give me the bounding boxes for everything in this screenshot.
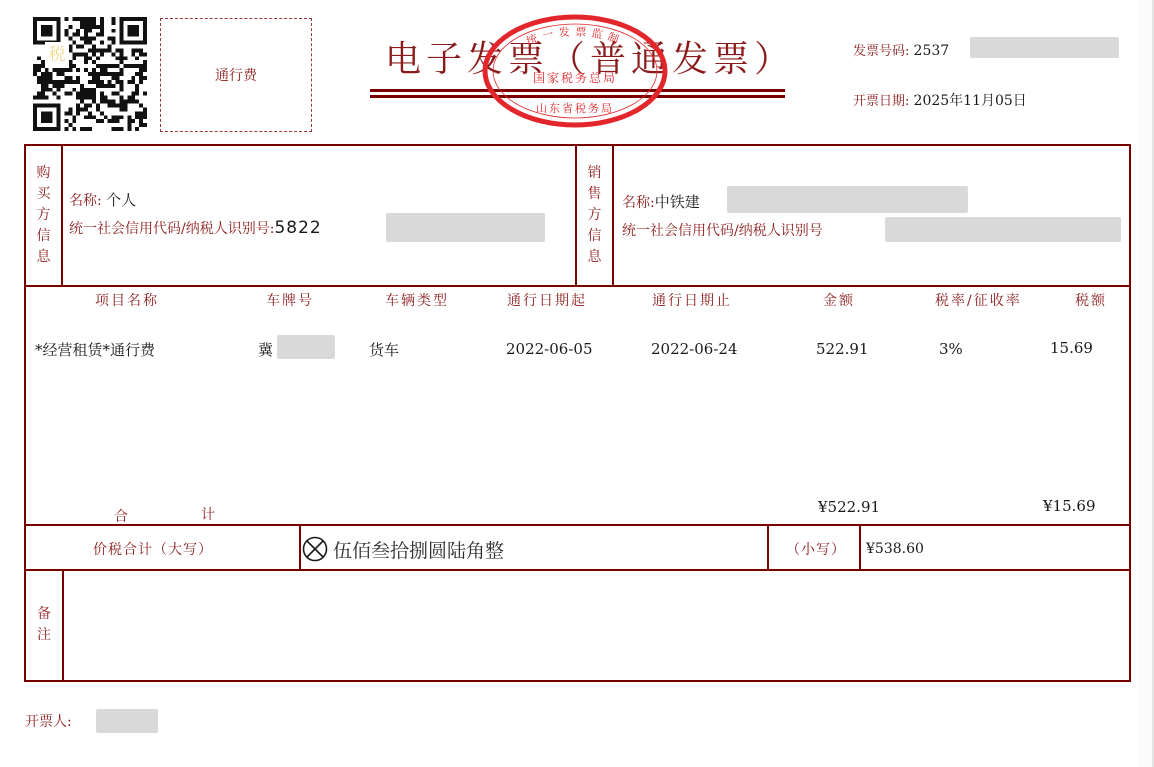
seller-name-label: 名称: [622,195,655,211]
grand-total-lowercase-value: ¥538.60 [866,541,924,557]
item-plate-redaction [277,335,335,359]
col-tax: 税额 [1075,290,1107,310]
col-item-name: 项目名称 [95,290,159,310]
item-date-from: 2022-06-05 [506,340,592,358]
buyer-name: 名称: 个人 [69,189,136,210]
issue-date-value: 2025年11月05日 [914,93,1027,109]
item-amount: 522.91 [816,340,869,358]
issue-date-label: 开票日期: [853,94,909,109]
items-total-divider [24,524,1131,526]
col-plate: 车牌号 [266,290,314,310]
remarks-label-divider [62,569,64,681]
total-col-divider-3 [859,524,861,570]
seller-tax-id-redaction [885,217,1121,242]
qr-center-mark: 税 [45,42,69,68]
buyer-tax-id-label: 统一社会信用代码/纳税人识别号: [69,221,274,237]
invoice-number-value: 2537 [914,43,950,59]
buyer-label-divider [61,144,63,286]
total-remarks-divider [24,569,1131,571]
issuer-label: 开票人: [25,711,72,731]
col-date-from: 通行日期起 [507,290,587,310]
grand-total-uppercase-label: 价税合计（大写） [93,539,213,559]
col-amount: 金额 [823,290,855,310]
col-vehicle-type: 车辆类型 [385,290,449,310]
frame-right [1129,144,1131,682]
buyer-section-label: 购 买 方 信 息 [26,163,61,268]
svg-text:国家税务总局: 国家税务总局 [533,70,617,85]
buyer-tax-id: 统一社会信用代码/纳税人识别号:5822 [69,218,322,238]
invoice-category-box: 通行费 [160,18,312,132]
col-date-to: 通行日期止 [652,290,732,310]
seller-name-value: 中铁建 [655,193,700,211]
circled-x-icon [302,536,328,562]
page-margin [1138,0,1152,767]
buyer-tax-id-redaction [386,213,545,242]
buyer-name-label: 名称: [69,193,102,209]
total-tax: ¥15.69 [1043,497,1096,515]
frame-bottom [24,680,1131,682]
total-col-divider-1 [299,524,301,570]
invoice-number-redaction [970,37,1119,58]
svg-text:山东省税务局: 山东省税务局 [536,101,614,115]
buyer-name-value: 个人 [106,191,136,209]
item-date-to: 2022-06-24 [651,340,737,358]
invoice-category-label: 通行费 [215,65,257,85]
item-tax: 15.69 [1050,339,1093,357]
seller-label-divider [612,144,614,286]
item-vehicle-type: 货车 [369,339,399,360]
seller-section-label: 销 售 方 信 息 [577,163,612,268]
total-label-right: 计 [201,504,217,524]
issuer-redaction [96,709,158,733]
buyer-tax-id-value: 5822 [274,218,321,238]
item-name: *经营租赁*通行费 [35,339,155,360]
seller-name: 名称:中铁建 [622,191,700,212]
item-tax-rate: 3% [939,340,963,358]
grand-total-lowercase-label: （小写） [786,539,846,559]
total-amount: ¥522.91 [818,498,880,516]
issue-date: 开票日期: 2025年11月05日 [853,90,1027,110]
svg-text:统一发票监制: 统一发票监制 [524,24,625,48]
frame-top [24,144,1131,146]
remarks-section-label: 备 注 [26,604,62,646]
col-tax-rate: 税率/征收率 [935,290,1022,310]
invoice-number-label: 发票号码: [853,44,909,59]
party-items-divider [24,285,1131,287]
seller-tax-id-label: 统一社会信用代码/纳税人识别号 [622,220,823,240]
invoice-number: 发票号码: 2537 [853,40,949,59]
item-plate: 冀 [258,339,273,360]
total-label-left: 合 [114,506,130,526]
total-col-divider-2 [767,524,769,570]
tax-bureau-stamp: 统一发票监制 国家税务总局 山东省税务局 [482,14,668,128]
qr-code [33,17,147,131]
grand-total-uppercase-value: 伍佰叁拾捌圆陆角整 [333,536,504,563]
seller-name-redaction [727,186,968,213]
